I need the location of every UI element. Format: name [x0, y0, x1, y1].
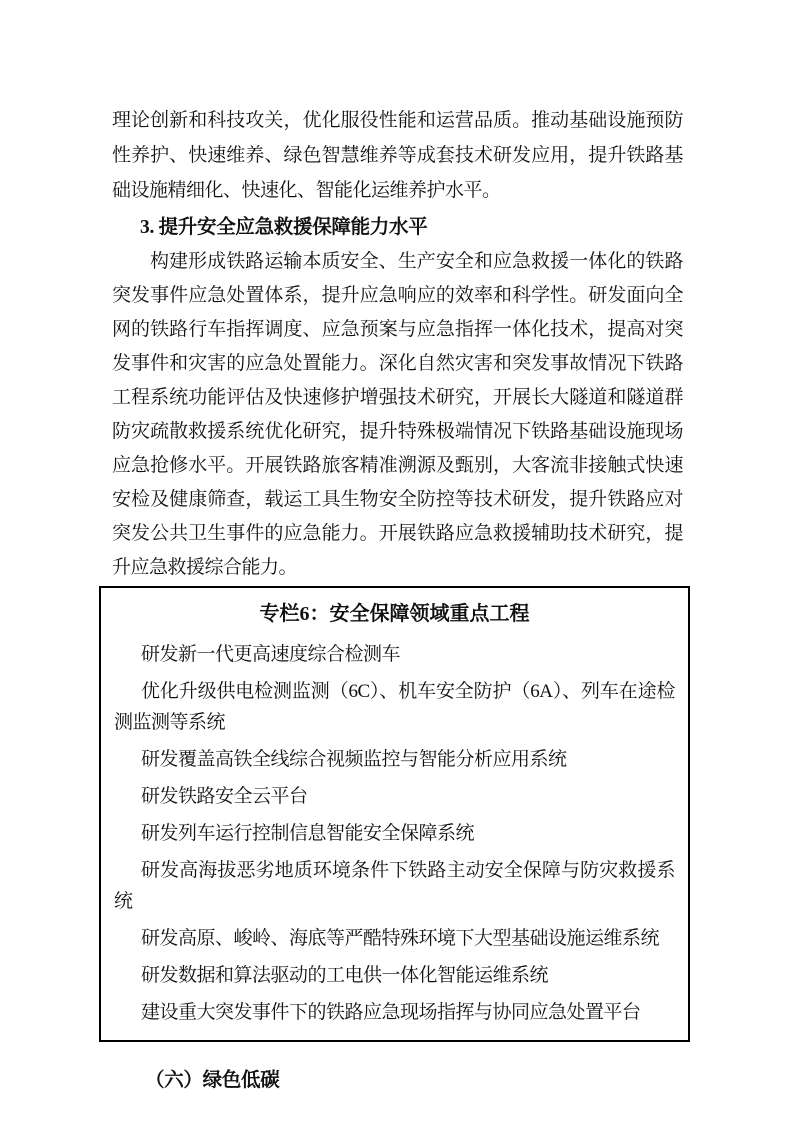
panel-item: 研发高海拔恶劣地质环境条件下铁路主动安全保障与防灾救援系统	[114, 855, 675, 917]
intro-paragraph: 理论创新和科技攻关，优化服役性能和运营品质。推动基础设施预防性养护、快速维养、绿…	[112, 103, 683, 208]
panel-item: 研发新一代更高速度综合检测车	[114, 639, 675, 670]
panel-item: 研发数据和算法驱动的工电供一体化智能运维系统	[114, 960, 675, 991]
section-3-body: 构建形成铁路运输本质安全、生产安全和应急救援一体化的铁路突发事件应急处置体系，提…	[112, 245, 683, 585]
panel-item: 研发列车运行控制信息智能安全保障系统	[114, 818, 675, 849]
panel-item: 研发铁路安全云平台	[114, 781, 675, 812]
document-page: 理论创新和科技攻关，优化服役性能和运营品质。推动基础设施预防性养护、快速维养、绿…	[0, 0, 793, 1122]
section-6-heading: （六）绿色低碳	[112, 1063, 683, 1098]
panel-title: 专栏6：安全保障领域重点工程	[114, 598, 675, 630]
key-projects-panel: 专栏6：安全保障领域重点工程 研发新一代更高速度综合检测车 优化升级供电检测监测…	[99, 586, 690, 1042]
panel-item: 优化升级供电检测监测（6C）、机车安全防护（6A）、列车在途检测监测等系统	[114, 676, 675, 738]
panel-item: 建设重大突发事件下的铁路应急现场指挥与协同应急处置平台	[114, 997, 675, 1028]
section-3-heading: 3. 提升安全应急救援保障能力水平	[112, 210, 683, 245]
panel-item: 研发覆盖高铁全线综合视频监控与智能分析应用系统	[114, 744, 675, 775]
panel-item: 研发高原、峻岭、海底等严酷特殊环境下大型基础设施运维系统	[114, 923, 675, 954]
